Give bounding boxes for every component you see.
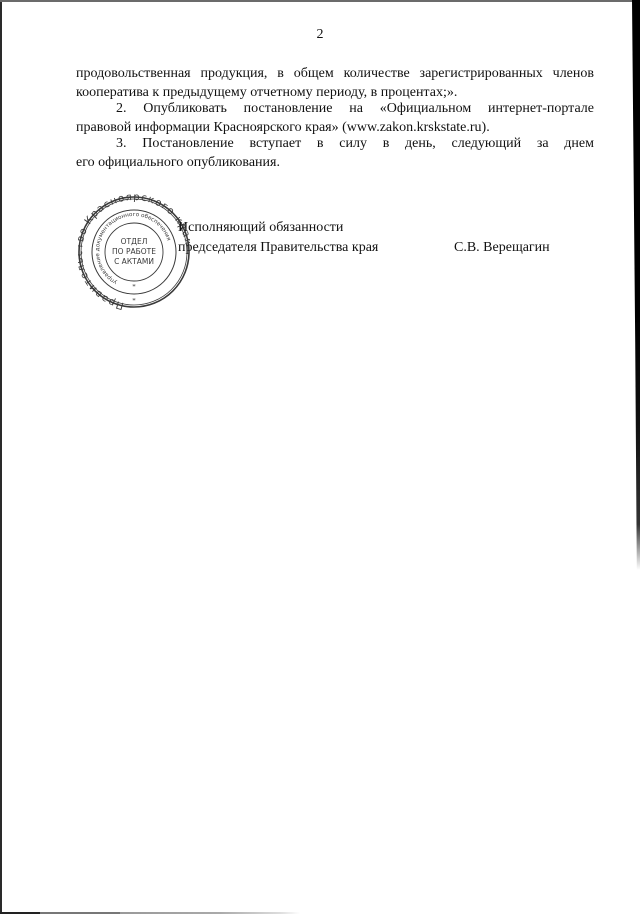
- stamp-star-icon: *: [132, 297, 136, 305]
- signatory-name: С.В. Верещагин: [454, 238, 550, 258]
- scan-edge-top: [0, 0, 634, 2]
- stamp-seal-icon: Правительство Красноярского края управле…: [78, 190, 190, 310]
- signatory-title: Исполняющий обязанности председателя Пра…: [178, 218, 378, 258]
- paragraph-line: 3. Постановление вступает в силу в день,…: [76, 134, 594, 153]
- page-number: 2: [0, 27, 640, 43]
- signatory-title-line-1: Исполняющий обязанности: [178, 218, 378, 238]
- paragraph-line: его официального опубликования.: [76, 153, 594, 172]
- stamp-center-line-1: ОТДЕЛ: [121, 237, 148, 246]
- scan-edge-left: [0, 0, 2, 912]
- scan-edge-right-shadow: [632, 0, 640, 570]
- stamp-center-line-2: ПО РАБОТЕ: [112, 247, 156, 256]
- official-stamp: Правительство Красноярского края управле…: [78, 190, 190, 310]
- paragraph-continuation: продовольственная продукция, в общем кол…: [76, 64, 594, 102]
- paragraph-line: 2. Опубликовать постановление на «Официа…: [76, 99, 594, 118]
- paragraph-item-2: 2. Опубликовать постановление на «Официа…: [76, 99, 594, 137]
- paragraph-item-3: 3. Постановление вступает в силу в день,…: [76, 134, 594, 172]
- paragraph-line: продовольственная продукция, в общем кол…: [76, 64, 594, 83]
- stamp-center-line-3: С АКТАМИ: [114, 257, 154, 266]
- stamp-star-icon: *: [132, 283, 136, 291]
- signatory-title-line-2: председателя Правительства края: [178, 238, 378, 258]
